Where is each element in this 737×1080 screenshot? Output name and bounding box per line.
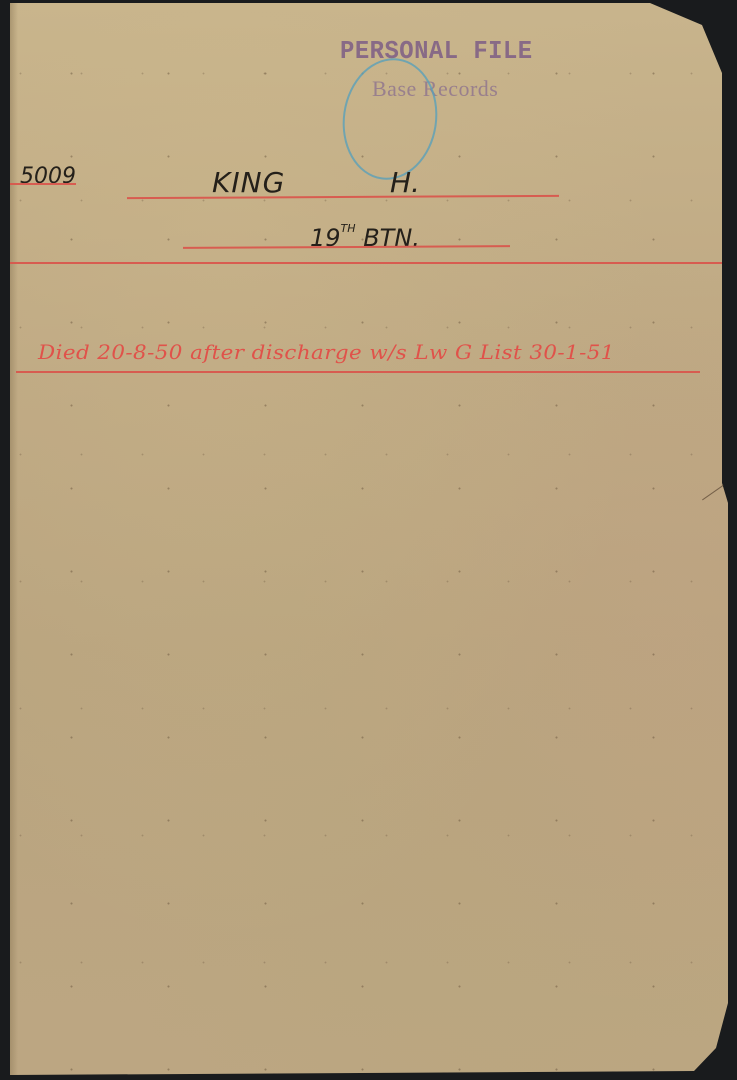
header-divider-rule bbox=[10, 262, 722, 264]
initial: H. bbox=[390, 166, 420, 199]
scanned-document: PERSONAL FILE Base Records 5009 KING H. … bbox=[0, 0, 737, 1080]
unit-ordinal-suffix: TH bbox=[341, 222, 356, 235]
service-number: 5009 bbox=[20, 164, 76, 189]
annotation-underline bbox=[16, 371, 700, 373]
folder-spine-edge bbox=[10, 3, 18, 1075]
service-number-underline bbox=[10, 183, 76, 185]
discharge-annotation: Died 20-8-50 after discharge w/s Lw G Li… bbox=[38, 340, 615, 364]
surname: KING bbox=[212, 166, 285, 199]
personal-file-stamp: PERSONAL FILE bbox=[340, 36, 533, 66]
